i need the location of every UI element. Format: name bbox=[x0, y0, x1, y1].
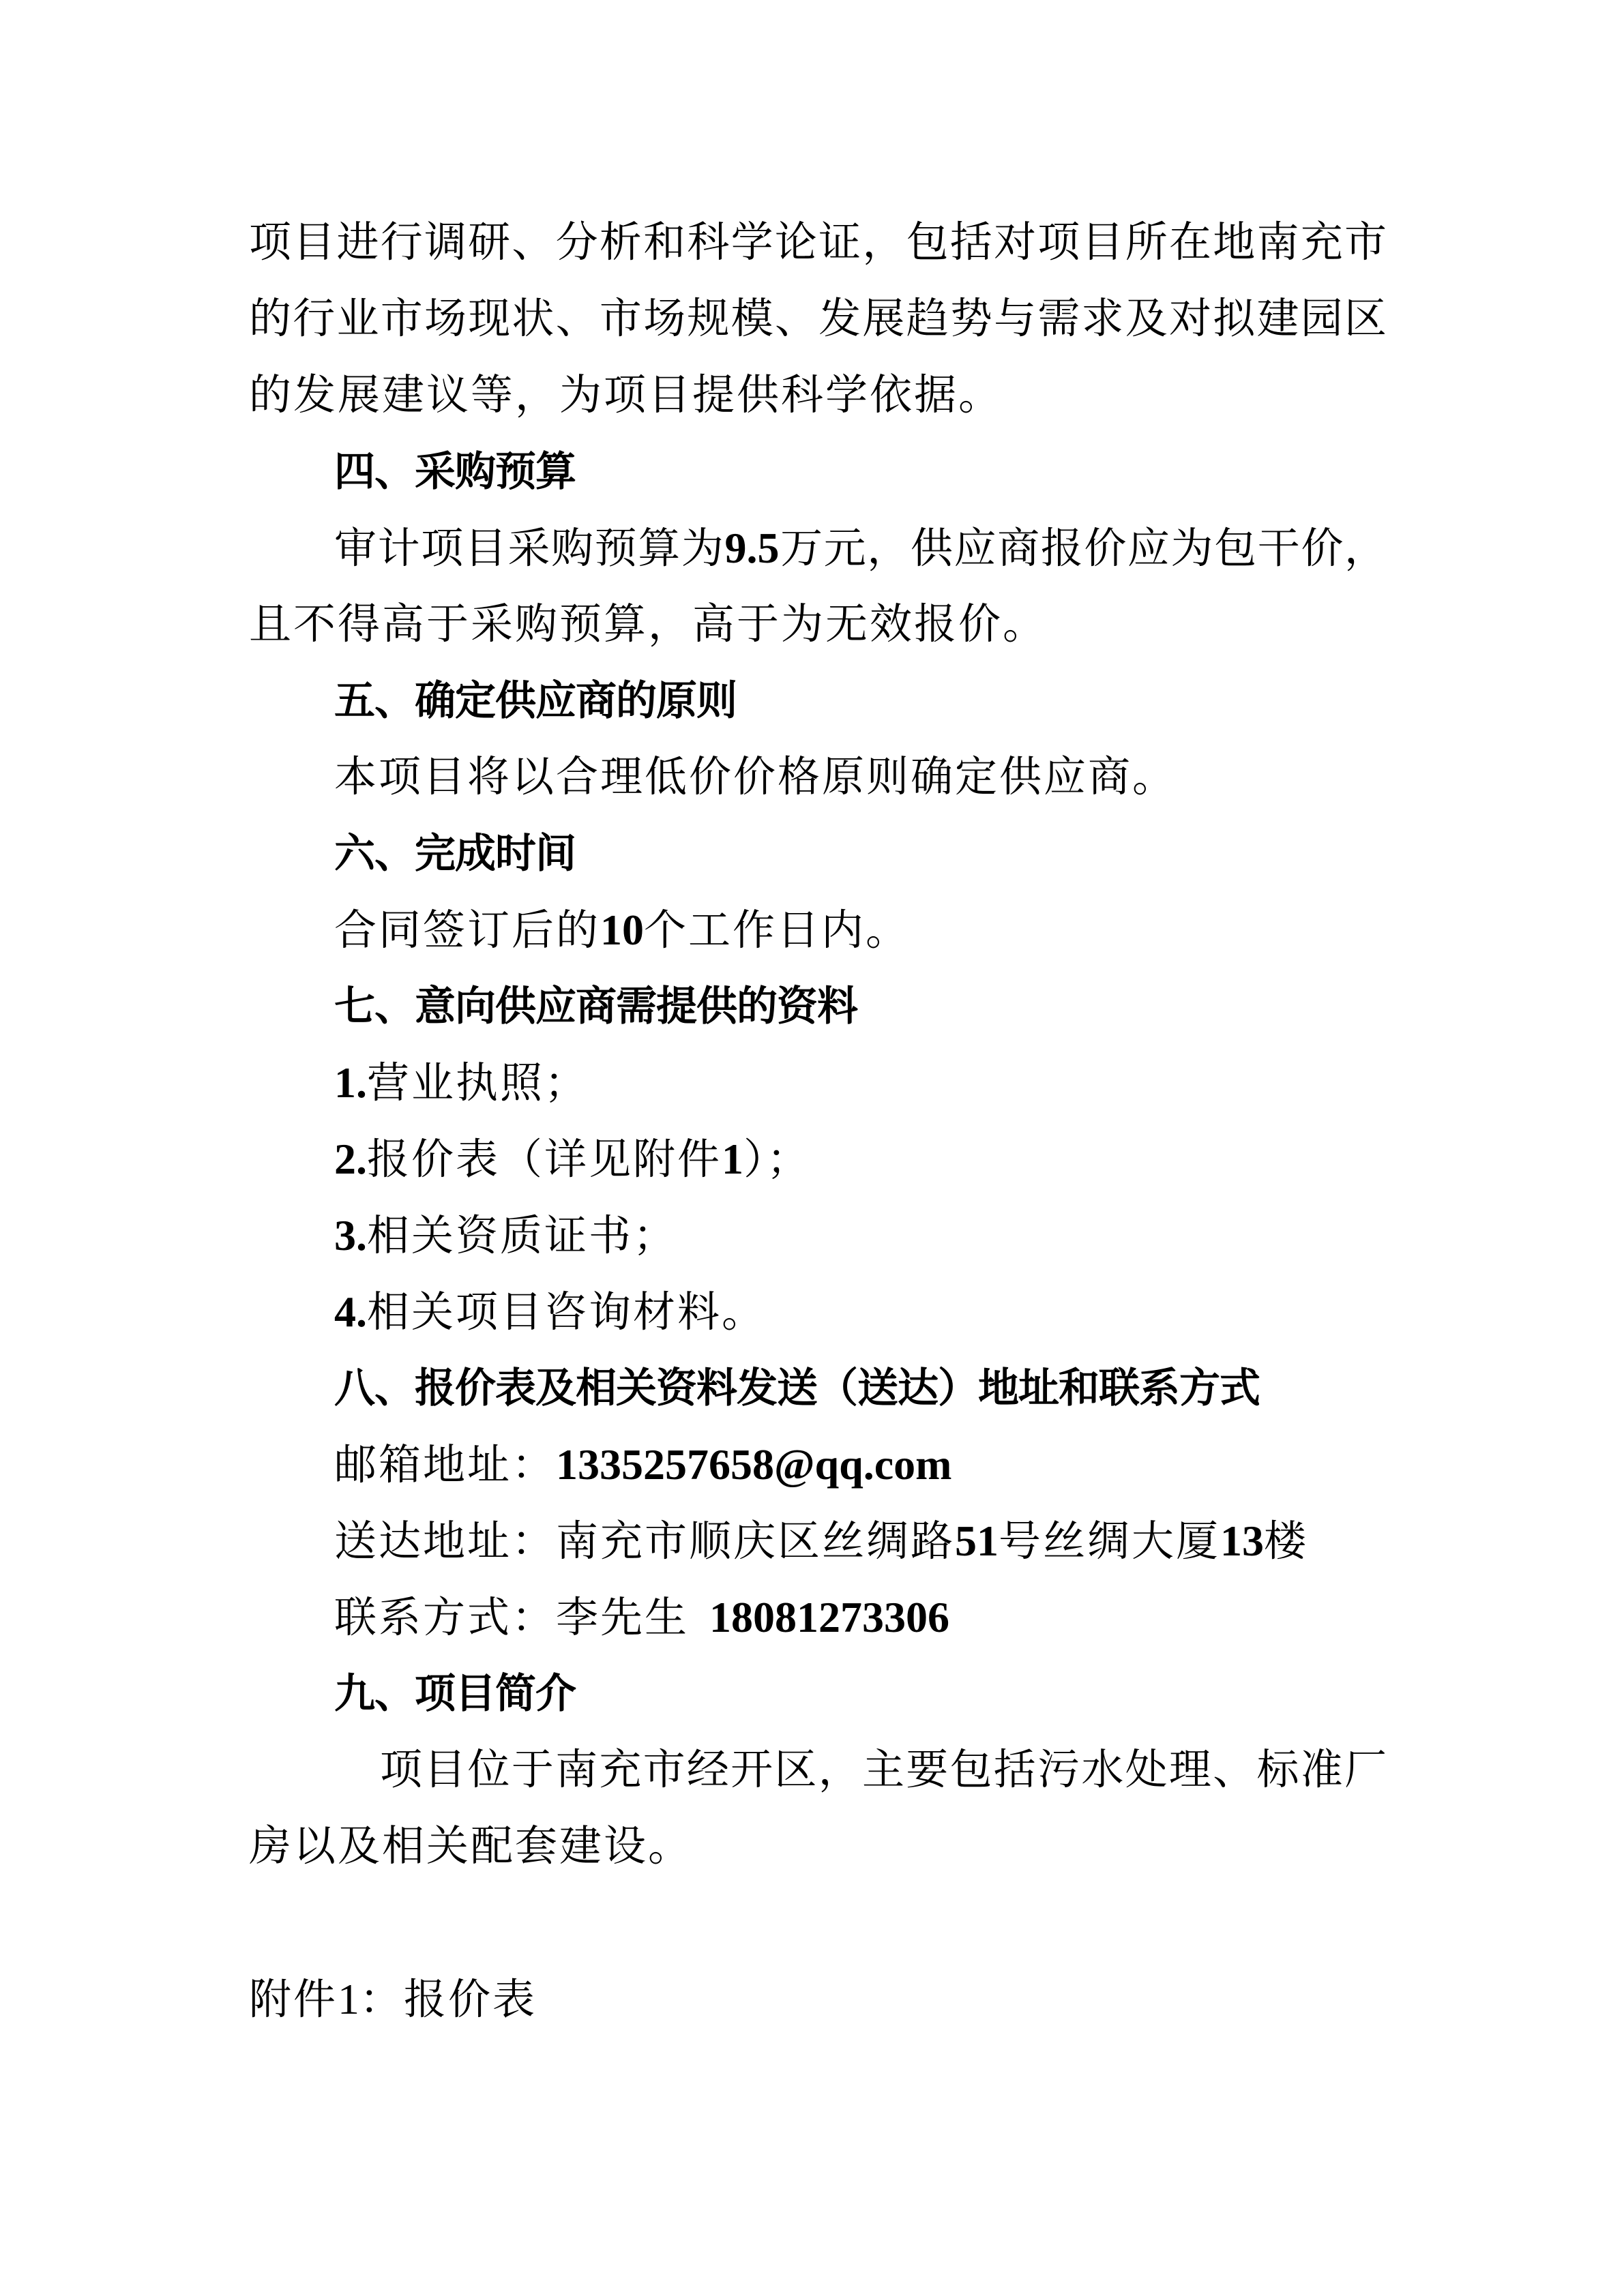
intro-line-1: 项目进行调研、分析和科学论证，包括对项目所在地南充市 bbox=[249, 205, 1387, 281]
budget-text-prefix: 审计项目采购预算为 bbox=[334, 526, 724, 572]
section-heading-budget: 四、采购预算 bbox=[334, 434, 576, 510]
completion-line-1: 合同签订后的10个工作日内。 bbox=[334, 892, 910, 968]
address-number-1: 51 bbox=[955, 1517, 999, 1565]
email-address[interactable]: 1335257658@qq.com bbox=[556, 1440, 951, 1489]
attachment-label-prefix: 附件 bbox=[249, 1977, 338, 2023]
completion-days: 10 bbox=[600, 906, 644, 954]
section-heading-project-intro: 九、项目简介 bbox=[334, 1656, 576, 1732]
attachment-ref-number: 1 bbox=[722, 1135, 743, 1183]
email-line: 邮箱地址：1335257658@qq.com bbox=[334, 1427, 951, 1503]
project-intro-line-2: 房以及相关配套建设。 bbox=[249, 1808, 692, 1885]
list-item: 3.相关资质证书； bbox=[334, 1197, 677, 1274]
list-item-text: 相关资质证书； bbox=[367, 1213, 677, 1259]
list-item-text: 报价表（详见附件 bbox=[367, 1137, 722, 1183]
contact-person: 李先生 bbox=[556, 1595, 689, 1641]
principle-line-1: 本项目将以合理低价价格原则确定供应商。 bbox=[334, 739, 1177, 816]
list-item-number: 2. bbox=[334, 1135, 367, 1183]
section-heading-required-materials: 七、意向供应商需提供的资料 bbox=[334, 968, 857, 1045]
intro-line-2: 的行业市场现状、市场规模、发展趋势与需求及对拟建园区 bbox=[249, 281, 1387, 357]
list-item: 1.营业执照； bbox=[334, 1045, 589, 1121]
address-label: 送达地址： bbox=[334, 1519, 556, 1565]
address-line: 送达地址：南充市顺庆区丝绸路51号丝绸大厦13楼 bbox=[334, 1503, 1308, 1579]
budget-line-1: 审计项目采购预算为9.5万元，供应商报价应为包干价， bbox=[334, 510, 1387, 586]
intro-line-3: 的发展建议等，为项目提供科学依据。 bbox=[249, 357, 1003, 434]
phone-label: 联系方式： bbox=[334, 1595, 556, 1641]
budget-amount: 9.5 bbox=[724, 524, 779, 572]
section-heading-completion-time: 六、完成时间 bbox=[334, 816, 576, 892]
list-item: 4.相关项目咨询材料。 bbox=[334, 1274, 766, 1350]
address-number-2: 13 bbox=[1220, 1517, 1264, 1565]
phone-line: 联系方式：李先生18081273306 bbox=[334, 1579, 949, 1656]
list-item-text: 营业执照； bbox=[367, 1060, 589, 1107]
completion-text-suffix: 个工作日内。 bbox=[644, 908, 910, 954]
list-item: 2.报价表（详见附件1）； bbox=[334, 1121, 811, 1197]
list-item-number: 4. bbox=[334, 1287, 367, 1336]
email-label: 邮箱地址： bbox=[334, 1442, 556, 1489]
list-item-number: 3. bbox=[334, 1211, 367, 1259]
budget-line-2: 且不得高于采购预算，高于为无效报价。 bbox=[249, 586, 1047, 663]
list-item-tail: ）； bbox=[743, 1137, 811, 1183]
section-heading-contact: 八、报价表及相关资料发送（送达）地址和联系方式 bbox=[334, 1350, 1260, 1427]
attachment-label-suffix: ：报价表 bbox=[359, 1977, 537, 2023]
completion-text-prefix: 合同签订后的 bbox=[334, 908, 600, 954]
attachment-label: 附件1：报价表 bbox=[249, 1961, 537, 2038]
list-item-number: 1. bbox=[334, 1058, 367, 1107]
address-part-2: 号丝绸大厦 bbox=[999, 1519, 1220, 1565]
attachment-label-number: 1 bbox=[338, 1975, 359, 2023]
address-part-3: 楼 bbox=[1264, 1519, 1308, 1565]
budget-text-suffix: 万元，供应商报价应为包干价， bbox=[779, 526, 1387, 572]
list-item-text: 相关项目咨询材料。 bbox=[367, 1289, 766, 1336]
phone-number[interactable]: 18081273306 bbox=[709, 1593, 949, 1641]
section-heading-principle: 五、确定供应商的原则 bbox=[334, 663, 737, 739]
address-part-1: 南充市顺庆区丝绸路 bbox=[556, 1519, 955, 1565]
project-intro-line-1: 项目位于南充市经开区，主要包括污水处理、标准厂 bbox=[380, 1732, 1387, 1808]
